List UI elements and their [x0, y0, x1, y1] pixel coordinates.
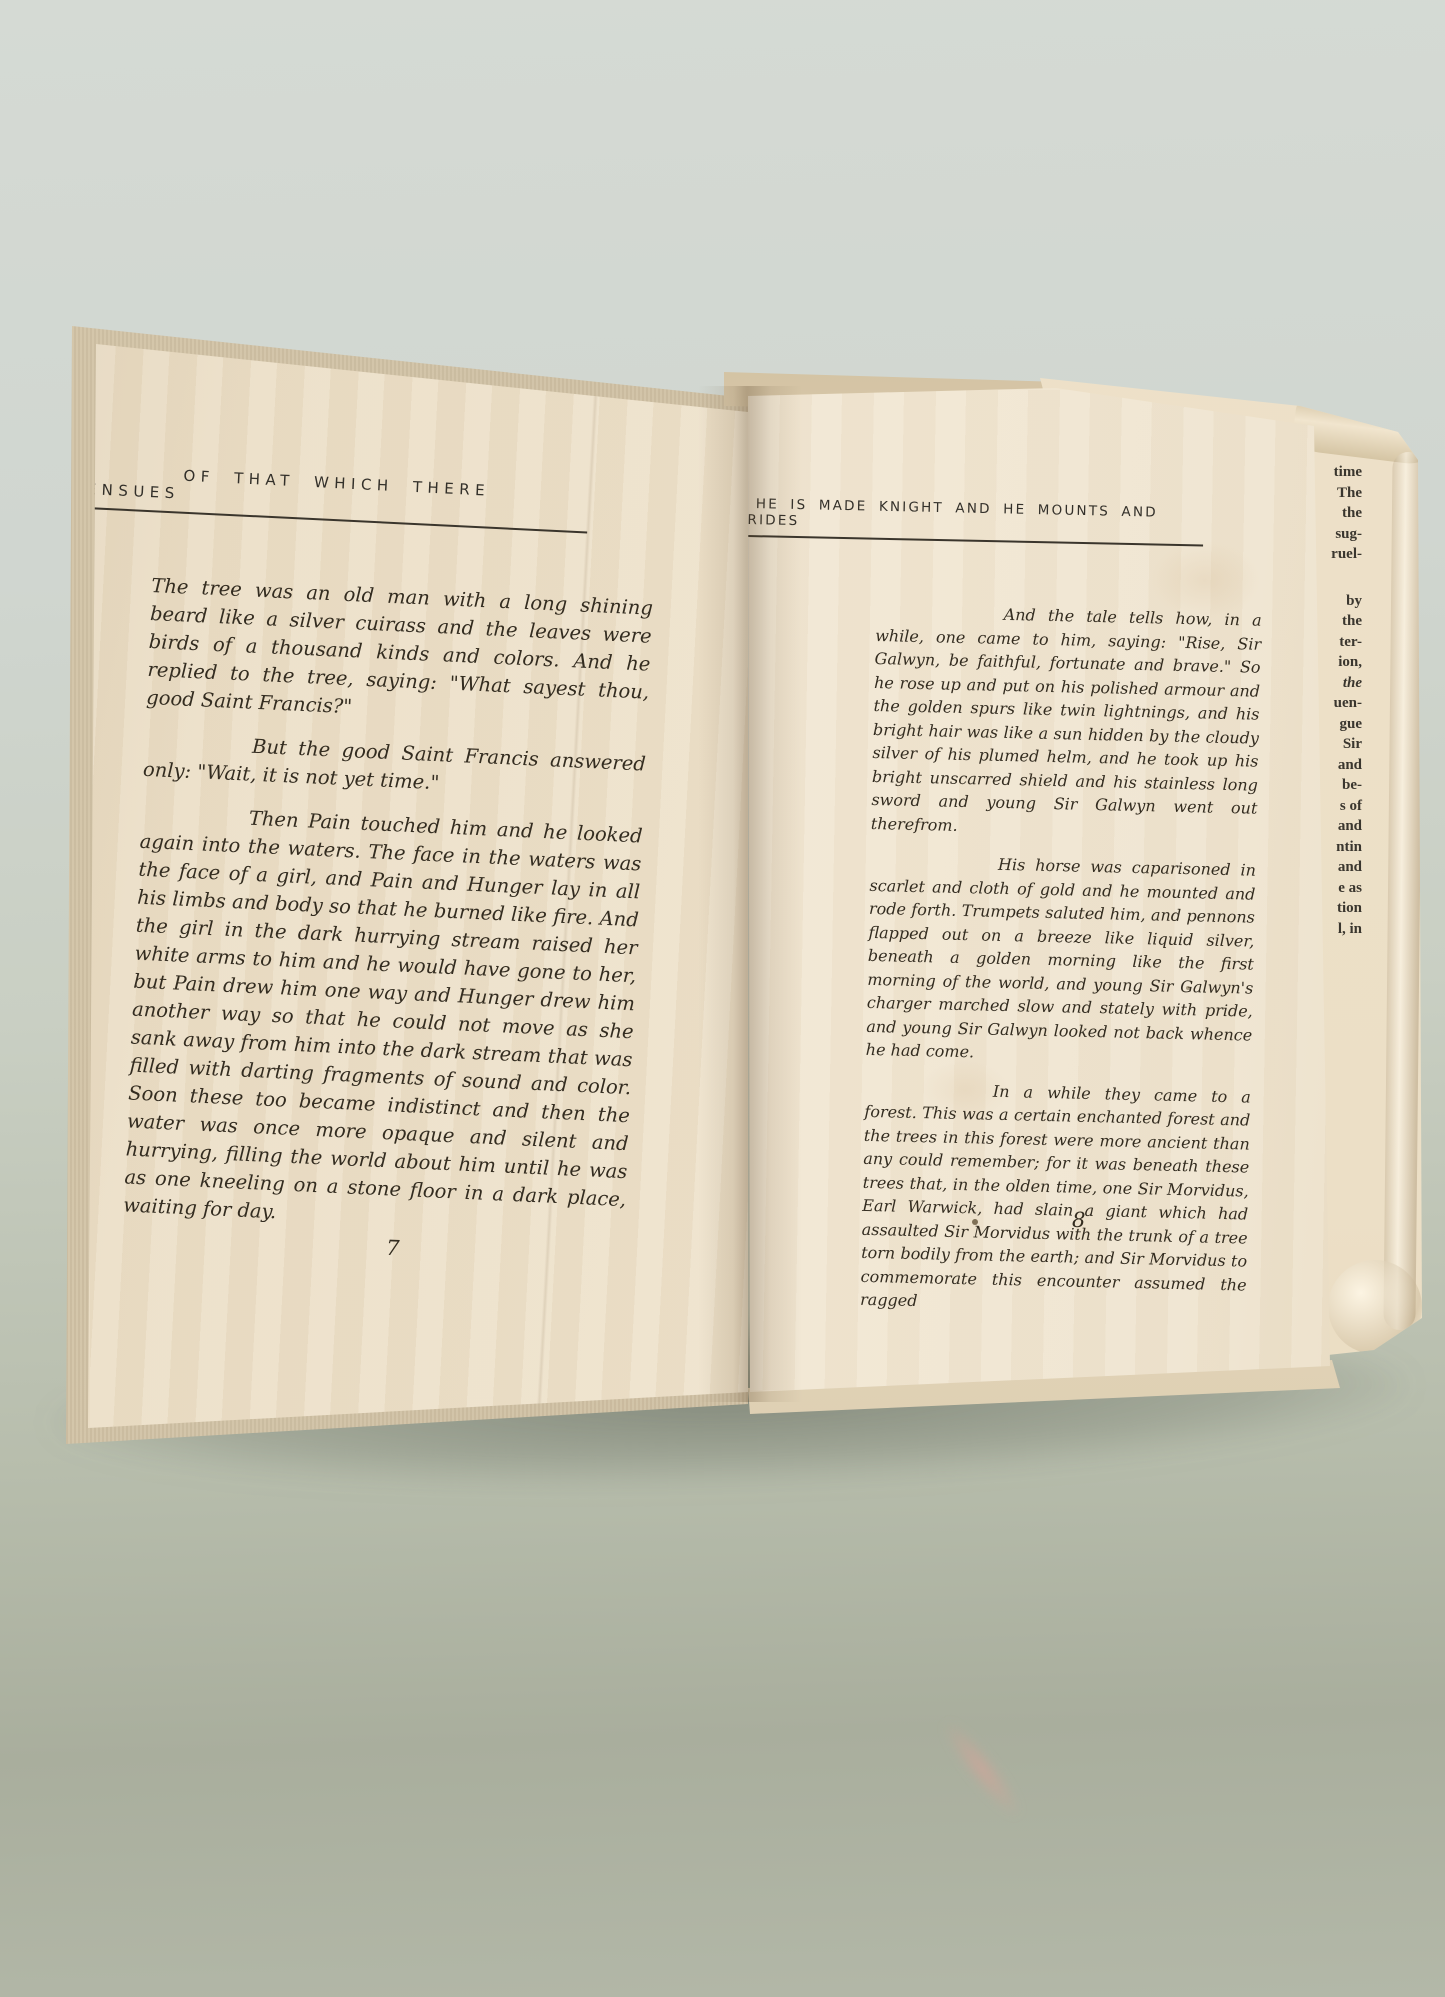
- text-fragment: the: [1312, 503, 1362, 524]
- right-paragraph: And the tale tells how, in a while, one …: [871, 600, 1262, 844]
- text-fragment: s of: [1312, 796, 1362, 817]
- text-fragment: ntin: [1312, 837, 1362, 858]
- text-fragment: the: [1312, 673, 1362, 694]
- text-fragment: and: [1312, 816, 1362, 837]
- text-fragment: the: [1312, 611, 1362, 632]
- text-fragment: and: [1312, 755, 1362, 776]
- underlying-page-text-fragments: time The the sug- ruel- by the ter- ion,…: [1312, 462, 1362, 939]
- text-fragment: ion,: [1312, 652, 1362, 673]
- right-page-body: And the tale tells how, in a while, one …: [860, 600, 1262, 1335]
- paper-speck: [1186, 986, 1190, 990]
- left-page-number: 7: [385, 1236, 399, 1261]
- left-paragraph: But the good Saint Francis answered only…: [142, 728, 646, 807]
- text-fragment: Sir: [1312, 734, 1362, 755]
- text-fragment: by: [1312, 591, 1362, 612]
- text-fragment: time: [1312, 462, 1362, 483]
- text-fragment: ruel-: [1312, 544, 1362, 565]
- left-page-body: The tree was an old man with a long shin…: [122, 572, 654, 1258]
- right-paragraph: His horse was caparisoned in scarlet and…: [866, 850, 1257, 1070]
- text-fragment: e as: [1312, 878, 1362, 899]
- left-paragraph: Then Pain touched him and he looked agai…: [123, 800, 644, 1242]
- right-page-number: 8: [1072, 1208, 1086, 1232]
- text-fragment: l, in: [1312, 919, 1362, 940]
- right-paragraph: In a while they came to a forest. This w…: [860, 1076, 1251, 1320]
- text-fragment: gue: [1312, 714, 1362, 735]
- text-fragment: sug-: [1312, 524, 1362, 545]
- text-fragment: The: [1312, 483, 1362, 504]
- surface-reflection: [935, 1714, 1029, 1825]
- left-paragraph: The tree was an old man with a long shin…: [146, 572, 654, 735]
- text-fragment: be-: [1312, 775, 1362, 796]
- page-curl-right: [1383, 452, 1424, 1330]
- text-fragment: ter-: [1312, 632, 1362, 653]
- text-fragment: uen-: [1312, 693, 1362, 714]
- text-fragment: and: [1312, 857, 1362, 878]
- text-fragment: tion: [1312, 898, 1362, 919]
- paper-speck: [972, 1219, 978, 1225]
- book-photo: OF THAT WHICH THERE ENSUES The tree was …: [0, 0, 1445, 1997]
- book-gutter-shadow: [698, 386, 802, 1402]
- page-curl-corner: [1328, 1260, 1422, 1354]
